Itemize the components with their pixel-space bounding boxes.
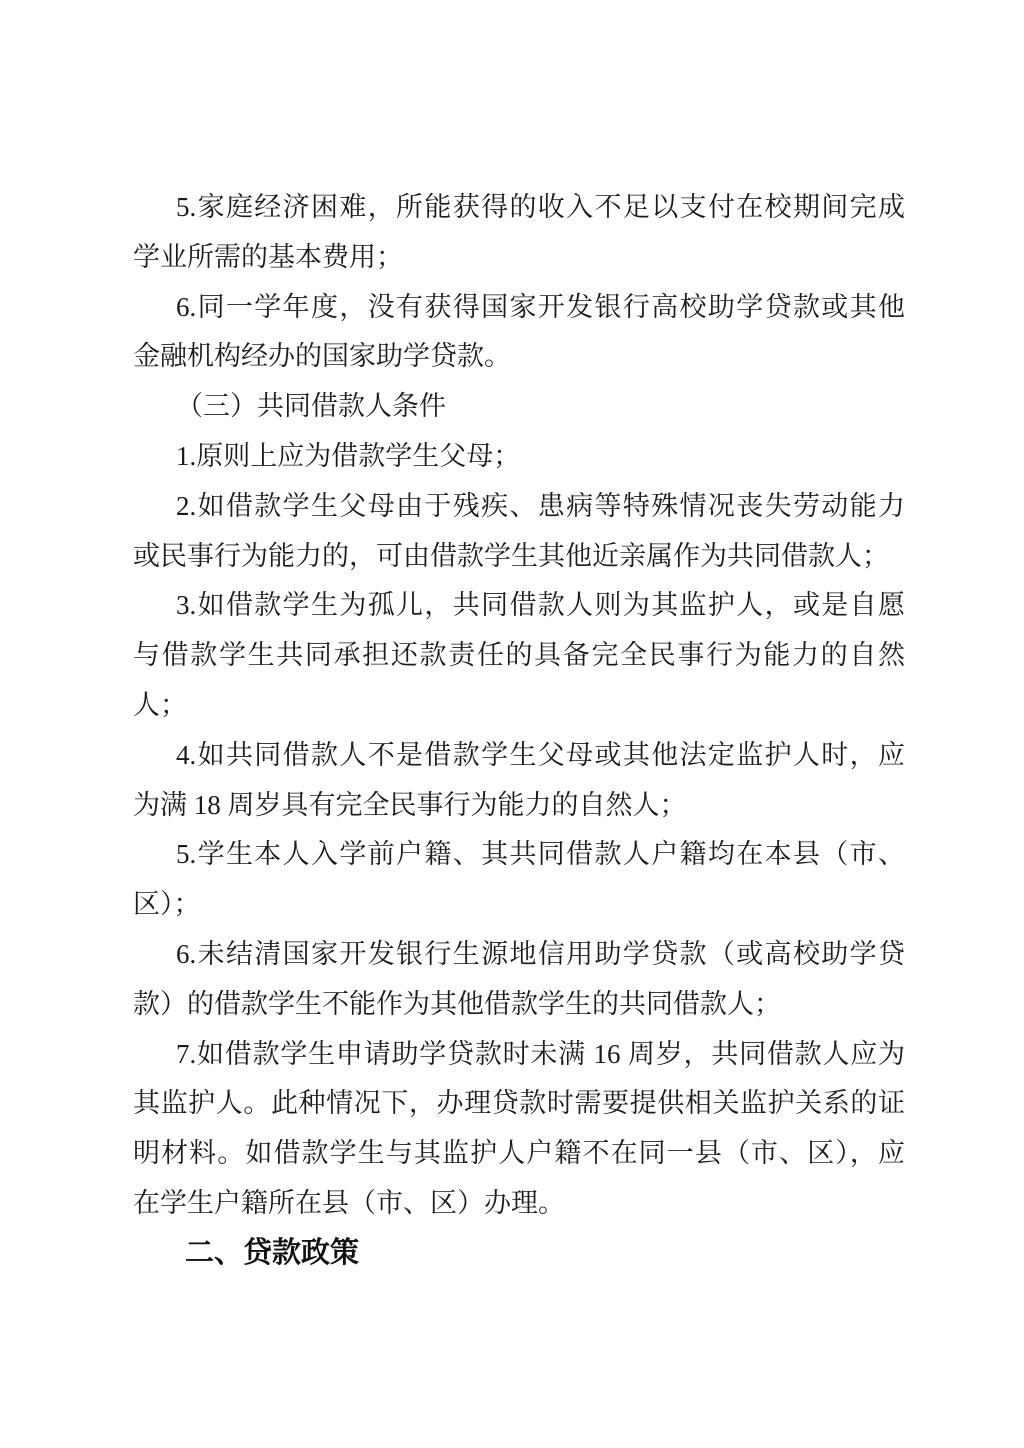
- text-line: 区）；: [133, 880, 905, 930]
- text-line: 6.同一学年度，没有获得国家开发银行高校助学贷款或其他: [133, 283, 905, 333]
- text-line: 二、贷款政策: [133, 1229, 905, 1279]
- text-line: 6.未结清国家开发银行生源地信用助学贷款（或高校助学贷: [133, 930, 905, 980]
- text-line: 1.原则上应为借款学生父母；: [133, 432, 905, 482]
- body-paragraph-item-2: 2.如借款学生父母由于残疾、患病等特殊情况丧失劳动能力 或民事行为能力的，可由借…: [133, 482, 905, 582]
- text-line: 在学生户籍所在县（市、区）办理。: [133, 1179, 905, 1229]
- text-line: 3.如借款学生为孤儿，共同借款人则为其监护人，或是自愿: [133, 581, 905, 631]
- body-paragraph-item-5: 5.学生本人入学前户籍、其共同借款人户籍均在本县（市、 区）；: [133, 830, 905, 930]
- text-line: 5.学生本人入学前户籍、其共同借款人户籍均在本县（市、: [133, 830, 905, 880]
- text-line: 金融机构经办的国家助学贷款。: [133, 332, 905, 382]
- text-line: 人；: [133, 681, 905, 731]
- text-line: 4.如共同借款人不是借款学生父母或其他法定监护人时，应: [133, 731, 905, 781]
- body-paragraph-item-4: 4.如共同借款人不是借款学生父母或其他法定监护人时，应 为满 18 周岁具有完全…: [133, 731, 905, 831]
- body-paragraph-item-7: 7.如借款学生申请助学贷款时未满 16 周岁，共同借款人应为 其监护人。此种情况…: [133, 1030, 905, 1229]
- section-heading-loan-policy: 二、贷款政策: [133, 1229, 905, 1279]
- text-line: 与借款学生共同承担还款责任的具备完全民事行为能力的自然: [133, 631, 905, 681]
- text-line: 学业所需的基本费用；: [133, 233, 905, 283]
- text-line: （三）共同借款人条件: [133, 382, 905, 432]
- subsection-title-co-borrower-conditions: （三）共同借款人条件: [133, 382, 905, 432]
- body-paragraph-item-1: 1.原则上应为借款学生父母；: [133, 432, 905, 482]
- text-line: 款）的借款学生不能作为其他借款学生的共同借款人；: [133, 980, 905, 1030]
- text-line: 5.家庭经济困难，所能获得的收入不足以支付在校期间完成: [133, 183, 905, 233]
- body-paragraph-condition-5: 5.家庭经济困难，所能获得的收入不足以支付在校期间完成 学业所需的基本费用；: [133, 183, 905, 283]
- document-body: 5.家庭经济困难，所能获得的收入不足以支付在校期间完成 学业所需的基本费用； 6…: [133, 183, 905, 1279]
- text-line: 7.如借款学生申请助学贷款时未满 16 周岁，共同借款人应为: [133, 1030, 905, 1080]
- document-page: 5.家庭经济困难，所能获得的收入不足以支付在校期间完成 学业所需的基本费用； 6…: [0, 0, 1024, 1448]
- text-line: 或民事行为能力的，可由借款学生其他近亲属作为共同借款人；: [133, 532, 905, 582]
- text-line: 明材料。如借款学生与其监护人户籍不在同一县（市、区），应: [133, 1129, 905, 1179]
- text-line: 2.如借款学生父母由于残疾、患病等特殊情况丧失劳动能力: [133, 482, 905, 532]
- text-line: 其监护人。此种情况下，办理贷款时需要提供相关监护关系的证: [133, 1079, 905, 1129]
- body-paragraph-item-3: 3.如借款学生为孤儿，共同借款人则为其监护人，或是自愿 与借款学生共同承担还款责…: [133, 581, 905, 730]
- text-line: 为满 18 周岁具有完全民事行为能力的自然人；: [133, 781, 905, 831]
- body-paragraph-item-6: 6.未结清国家开发银行生源地信用助学贷款（或高校助学贷 款）的借款学生不能作为其…: [133, 930, 905, 1030]
- body-paragraph-condition-6: 6.同一学年度，没有获得国家开发银行高校助学贷款或其他 金融机构经办的国家助学贷…: [133, 283, 905, 383]
